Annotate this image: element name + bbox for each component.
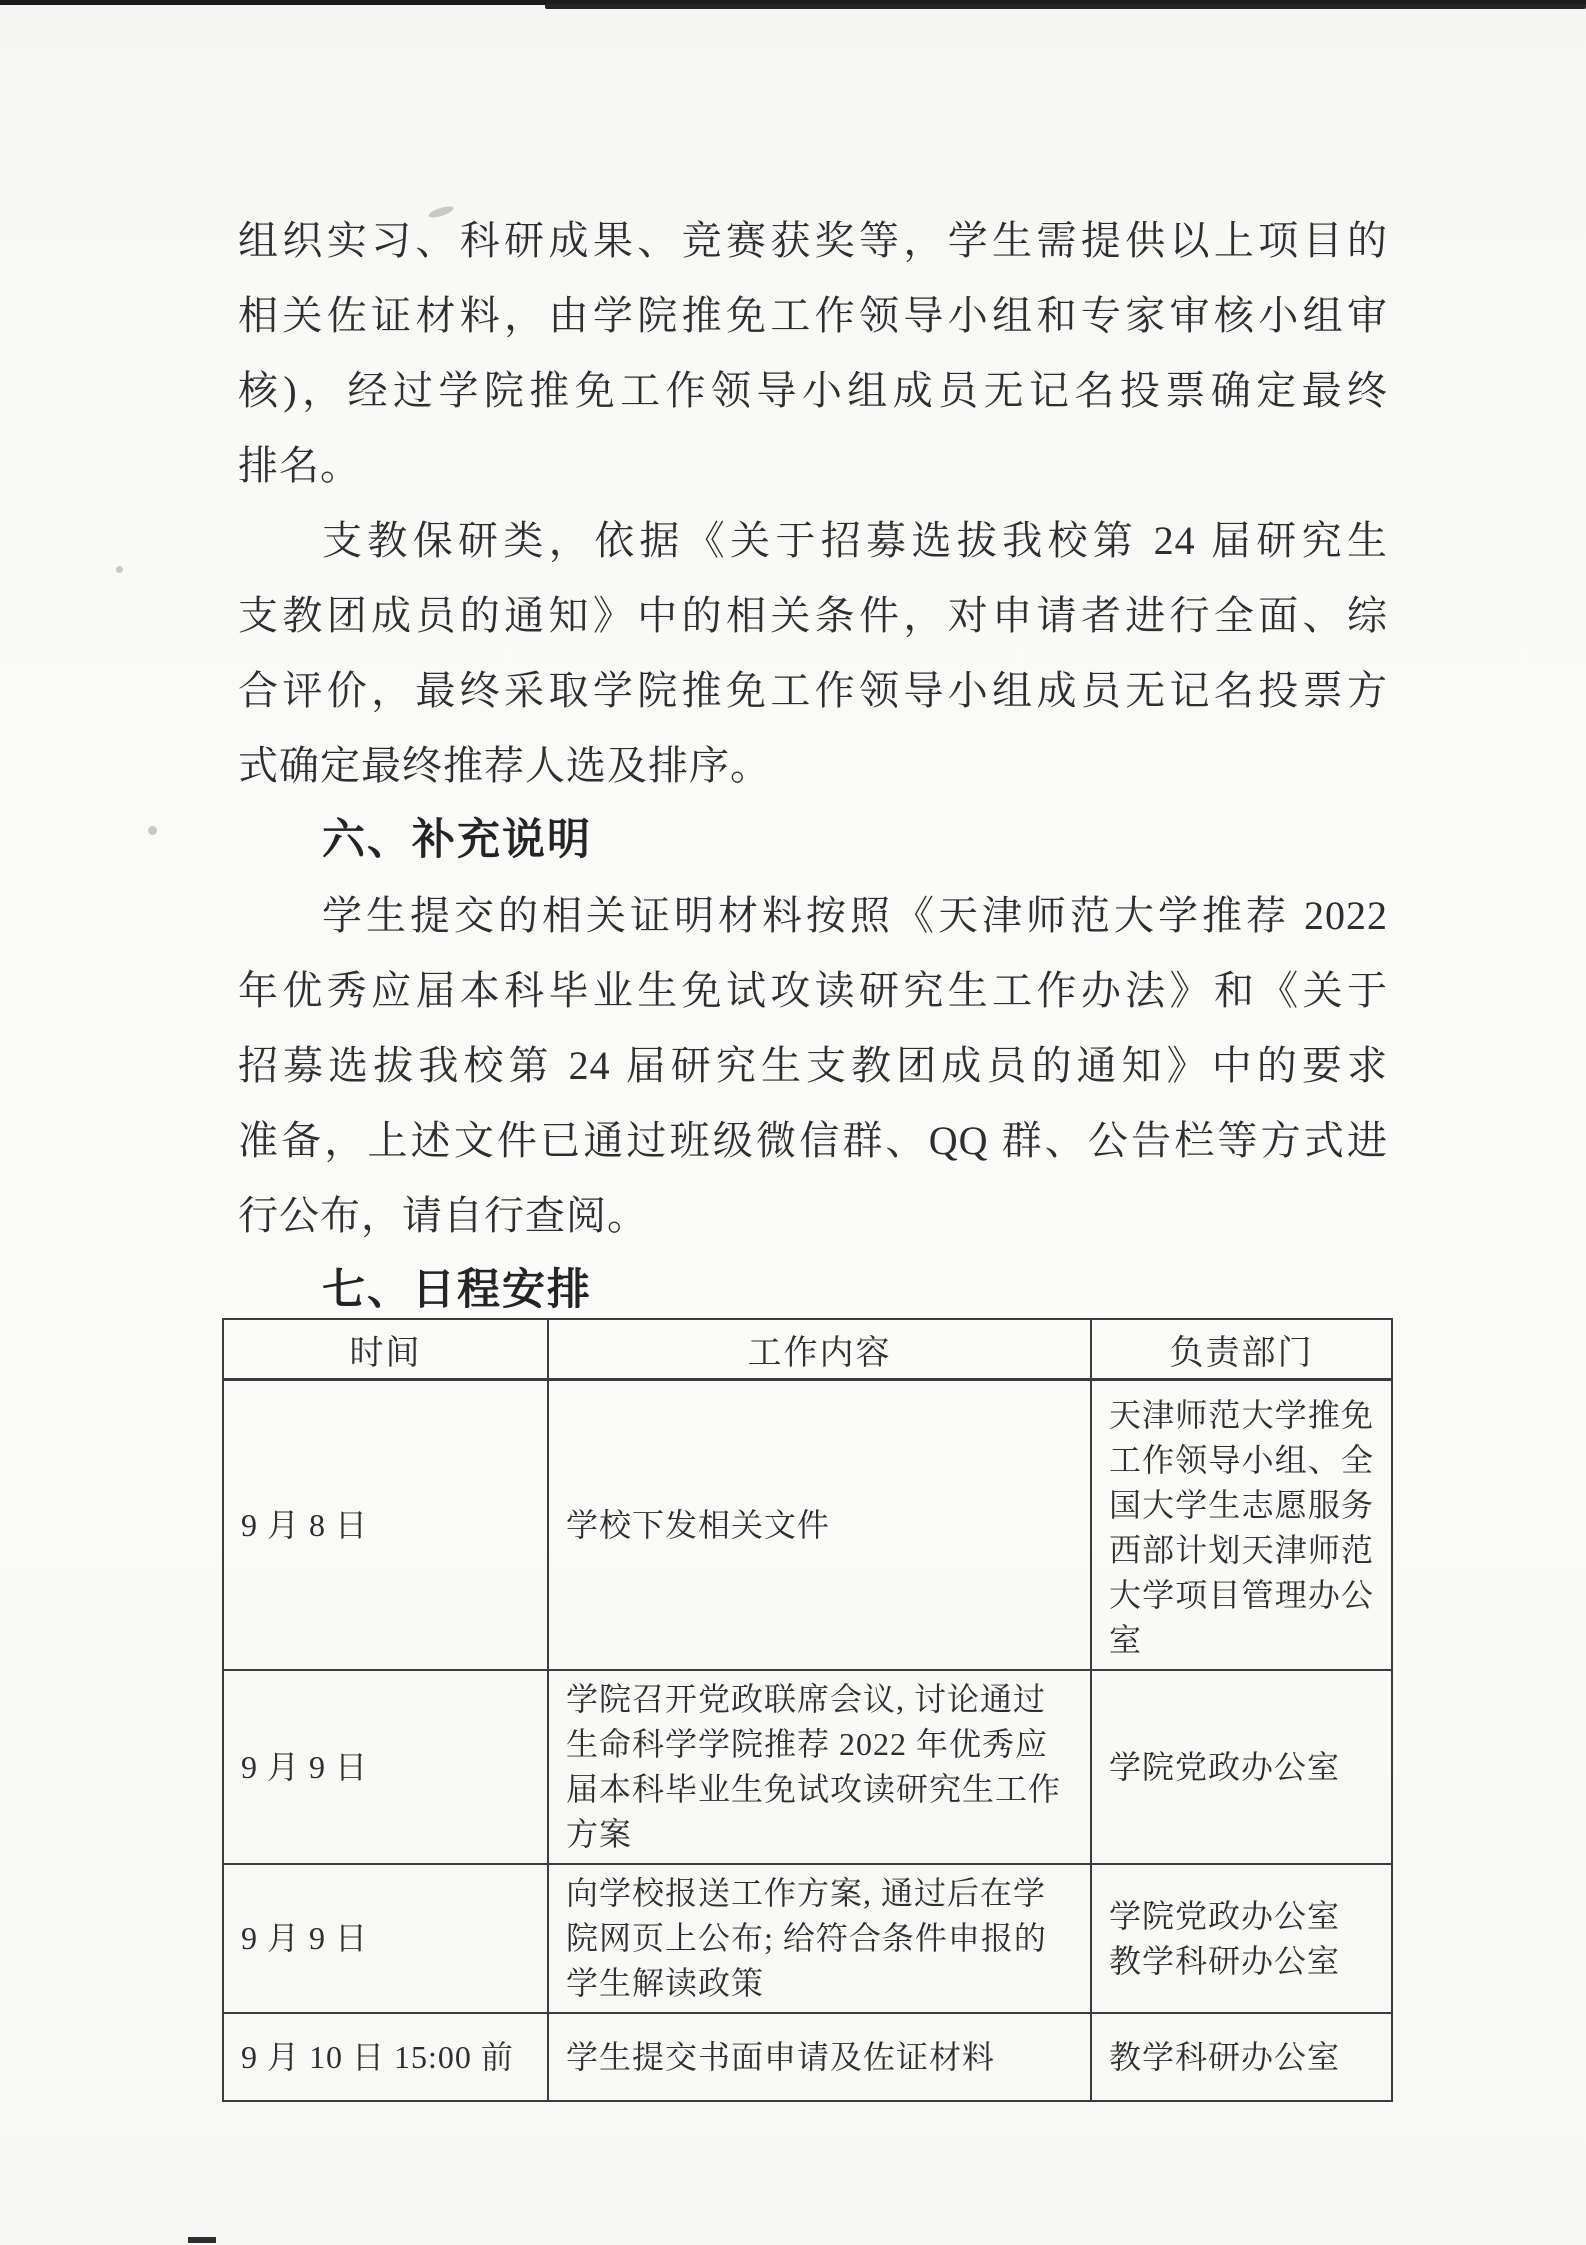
section-heading-supplementary-notes: 六、补充说明 <box>238 803 1388 878</box>
cell-time: 9 月 9 日 <box>223 1864 548 2013</box>
text-line: 核)，经过学院推免工作领导小组成员无记名投票确定最终 <box>238 353 1388 428</box>
text-line: 支教保研类，依据《关于招募选拔我校第 24 届研究生 <box>238 503 1388 578</box>
text-line: 准备，上述文件已通过班级微信群、QQ 群、公告栏等方式进 <box>238 1103 1388 1178</box>
text-line: 支教团成员的通知》中的相关条件，对申请者进行全面、综 <box>238 578 1388 653</box>
cell-task: 学院召开党政联席会议, 讨论通过生命科学学院推荐 2022 年优秀应届本科毕业生… <box>548 1670 1091 1864</box>
text-line: 组织实习、科研成果、竞赛获奖等，学生需提供以上项目的 <box>238 203 1388 278</box>
cell-department: 学院党政办公室 <box>1091 1670 1392 1864</box>
scan-speck <box>148 826 157 835</box>
text-line: 学生提交的相关证明材料按照《天津师范大学推荐 2022 <box>238 878 1388 953</box>
text-line: 排名。 <box>238 428 1388 503</box>
paragraph-ranking-procedure: 组织实习、科研成果、竞赛获奖等，学生需提供以上项目的 相关佐证材料，由学院推免工… <box>238 203 1388 503</box>
cell-department: 学院党政办公室 教学科研办公室 <box>1091 1864 1392 2013</box>
scanned-document-page: 组织实习、科研成果、竞赛获奖等，学生需提供以上项目的 相关佐证材料，由学院推免工… <box>0 0 1586 2245</box>
schedule-table: 时间 工作内容 负责部门 9 月 8 日 学校下发相关文件 天津师范大学推免工作… <box>222 1318 1393 2102</box>
scan-edge-top-thick <box>545 4 1586 9</box>
cell-time: 9 月 8 日 <box>223 1380 548 1671</box>
text-line: 式确定最终推荐人选及排序。 <box>238 728 1388 803</box>
cell-department: 教学科研办公室 <box>1091 2013 1392 2101</box>
table-header-row: 时间 工作内容 负责部门 <box>223 1319 1392 1380</box>
cell-task: 学校下发相关文件 <box>548 1380 1091 1671</box>
cell-task: 向学校报送工作方案, 通过后在学院网页上公布; 给符合条件申报的学生解读政策 <box>548 1864 1091 2013</box>
cell-time: 9 月 10 日 15:00 前 <box>223 2013 548 2101</box>
paragraph-supplementary-notes: 学生提交的相关证明材料按照《天津师范大学推荐 2022 年优秀应届本科毕业生免试… <box>238 878 1388 1253</box>
table-row: 9 月 10 日 15:00 前 学生提交书面申请及佐证材料 教学科研办公室 <box>223 2013 1392 2101</box>
document-body: 组织实习、科研成果、竞赛获奖等，学生需提供以上项目的 相关佐证材料，由学院推免工… <box>238 203 1388 2102</box>
cell-time: 9 月 9 日 <box>223 1670 548 1864</box>
text-line: 行公布，请自行查阅。 <box>238 1178 1388 1253</box>
scan-speck <box>116 566 123 573</box>
cell-department: 天津师范大学推免工作领导小组、全国大学生志愿服务西部计划天津师范大学项目管理办公… <box>1091 1380 1392 1671</box>
text-line: 年优秀应届本科毕业生免试攻读研究生工作办法》和《关于 <box>238 953 1388 1028</box>
table-row: 9 月 8 日 学校下发相关文件 天津师范大学推免工作领导小组、全国大学生志愿服… <box>223 1380 1392 1671</box>
text-line: 相关佐证材料，由学院推免工作领导小组和专家审核小组审 <box>238 278 1388 353</box>
column-header-department: 负责部门 <box>1091 1319 1392 1380</box>
table-row: 9 月 9 日 向学校报送工作方案, 通过后在学院网页上公布; 给符合条件申报的… <box>223 1864 1392 2013</box>
paragraph-zhijiao-category: 支教保研类，依据《关于招募选拔我校第 24 届研究生 支教团成员的通知》中的相关… <box>238 503 1388 803</box>
table-row: 9 月 9 日 学院召开党政联席会议, 讨论通过生命科学学院推荐 2022 年优… <box>223 1670 1392 1864</box>
scan-edge-bottom-mark <box>188 2237 216 2243</box>
text-line: 合评价，最终采取学院推免工作领导小组成员无记名投票方 <box>238 653 1388 728</box>
section-heading-schedule: 七、日程安排 <box>238 1253 1388 1328</box>
column-header-time: 时间 <box>223 1319 548 1380</box>
column-header-task: 工作内容 <box>548 1319 1091 1380</box>
cell-task: 学生提交书面申请及佐证材料 <box>548 2013 1091 2101</box>
text-line: 招募选拔我校第 24 届研究生支教团成员的通知》中的要求 <box>238 1028 1388 1103</box>
